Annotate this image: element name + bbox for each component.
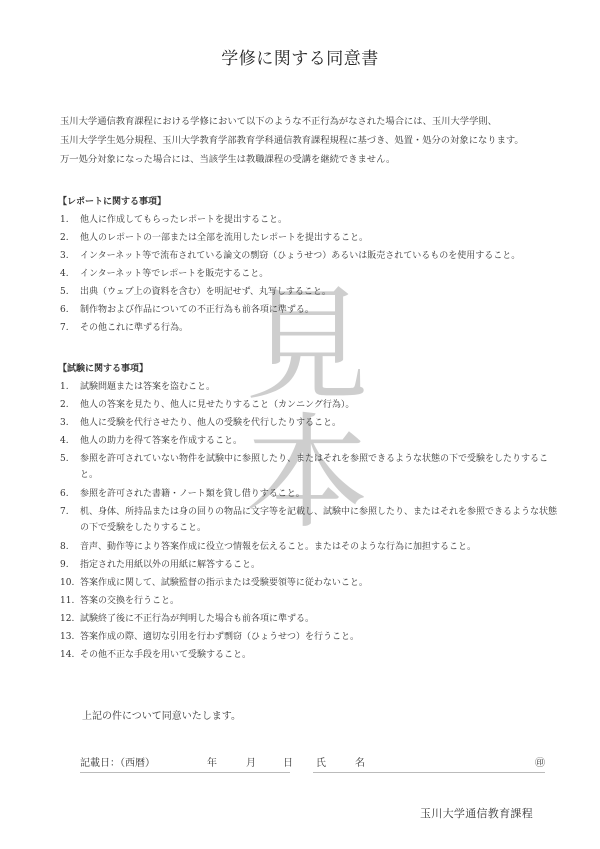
- item-text: 他人に受験を代行させたり、他人の受験を代行したりすること。: [80, 414, 560, 432]
- item-text: インターネット等でレポートを販売すること。: [80, 265, 560, 283]
- intro-line: 玉川大学通信教育課程における学修において以下のような不正行為がなされた場合には、…: [60, 112, 550, 131]
- section-heading: 【レポートに関する事項】: [58, 193, 560, 211]
- item-number: 3.: [60, 414, 80, 432]
- intro-line: 万一処分対象になった場合には、当該学生は教職課程の受講を継続できません。: [60, 150, 550, 169]
- item-number: 11.: [60, 592, 80, 610]
- item-text: 他人に作成してもらったレポートを提出すること。: [80, 211, 560, 229]
- item-text: 参照を許可されていない物件を試験中に参照したり、またはそれを参照できるような状態…: [80, 451, 560, 483]
- item-text: 他人の助力を得て答案を作成すること。: [80, 432, 560, 450]
- list-item: 4.インターネット等でレポートを販売すること。: [60, 265, 560, 283]
- list-item: 10.答案作成に関して、試験監督の指示または受験要領等に従わないこと。: [60, 574, 560, 592]
- item-number: 3.: [60, 247, 80, 265]
- item-number: 8.: [60, 538, 80, 556]
- item-number: 7.: [60, 319, 80, 337]
- exam-rules-section: 【試験に関する事項】 1.試験問題または答案を盗むこと。 2.他人の答案を見たり…: [60, 360, 560, 664]
- intro-line: 玉川大学学生処分規程、玉川大学教育学部教育学科通信教育課程規程に基づき、処置・処…: [60, 131, 550, 150]
- list-item: 3.インターネット等で流布されている論文の剽窃（ひょうせつ）あるいは販売されてい…: [60, 247, 560, 265]
- item-text: 答案作成の際、適切な引用を行わず剽窃（ひょうせつ）を行うこと。: [80, 628, 560, 646]
- date-field[interactable]: 記載日：（西暦） 年 月 日: [80, 752, 290, 773]
- day-label: 日: [283, 754, 293, 769]
- list-item: 1.試験問題または答案を盗むこと。: [60, 378, 560, 396]
- item-number: 14.: [60, 646, 80, 664]
- item-number: 6.: [60, 301, 80, 319]
- item-text: 試験終了後に不正行為が判明した場合も前各項に準ずる。: [80, 610, 560, 628]
- document-title: 学修に関する同意書: [0, 44, 600, 69]
- item-text: 制作物および作品についての不正行為も前各項に準ずる。: [80, 301, 560, 319]
- name-field[interactable]: 氏 名 ㊞: [313, 752, 545, 773]
- item-text: 指定された用紙以外の用紙に解答すること。: [80, 556, 560, 574]
- item-text: 他人の答案を見たり、他人に見せたりすること（カンニング行為）。: [80, 396, 560, 414]
- item-text: 他人のレポートの一部または全部を流用したレポートを提出すること。: [80, 229, 560, 247]
- item-number: 9.: [60, 556, 80, 574]
- item-number: 1.: [60, 378, 80, 396]
- item-text: 試験問題または答案を盗むこと。: [80, 378, 560, 396]
- item-number: 4.: [60, 265, 80, 283]
- item-text: 答案の交換を行うこと。: [80, 592, 560, 610]
- item-number: 1.: [60, 211, 80, 229]
- name-label-first: 氏: [316, 754, 326, 769]
- item-number: 6.: [60, 485, 80, 503]
- item-text: 答案作成に関して、試験監督の指示または受験要領等に従わないこと。: [80, 574, 560, 592]
- item-number: 13.: [60, 628, 80, 646]
- list-item: 1.他人に作成してもらったレポートを提出すること。: [60, 211, 560, 229]
- item-number: 10.: [60, 574, 80, 592]
- name-label-second: 名: [355, 754, 365, 769]
- list-item: 2.他人の答案を見たり、他人に見せたりすること（カンニング行為）。: [60, 396, 560, 414]
- date-label: 記載日：（西暦）: [80, 754, 155, 769]
- signature-row: 記載日：（西暦） 年 月 日 氏 名 ㊞: [80, 752, 545, 776]
- item-number: 2.: [60, 229, 80, 247]
- item-text: その他不正な手段を用いて受験すること。: [80, 646, 560, 664]
- list-item: 14.その他不正な手段を用いて受験すること。: [60, 646, 560, 664]
- item-number: 7.: [60, 504, 80, 536]
- item-number: 5.: [60, 283, 80, 301]
- section-heading: 【試験に関する事項】: [58, 360, 560, 378]
- list-item: 7.その他これに準ずる行為。: [60, 319, 560, 337]
- list-item: 2.他人のレポートの一部または全部を流用したレポートを提出すること。: [60, 229, 560, 247]
- item-text: その他これに準ずる行為。: [80, 319, 560, 337]
- seal-icon: ㊞: [535, 754, 545, 769]
- list-item: 6.参照を許可された書籍・ノート類を貸し借りすること。: [60, 485, 560, 503]
- item-text: 出典（ウェブ上の資料を含む）を明記せず、丸写しすること。: [80, 283, 560, 301]
- list-item: 5.出典（ウェブ上の資料を含む）を明記せず、丸写しすること。: [60, 283, 560, 301]
- item-text: 机、身体、所持品または身の回りの物品に文字等を記載し、試験中に参照したり、または…: [80, 504, 560, 536]
- list-item: 12.試験終了後に不正行為が判明した場合も前各項に準ずる。: [60, 610, 560, 628]
- list-item: 4.他人の助力を得て答案を作成すること。: [60, 432, 560, 450]
- item-number: 12.: [60, 610, 80, 628]
- item-number: 4.: [60, 432, 80, 450]
- item-text: インターネット等で流布されている論文の剽窃（ひょうせつ）あるいは販売されているも…: [80, 247, 560, 265]
- item-text: 音声、動作等により答案作成に役立つ情報を伝えること。またはそのような行為に加担す…: [80, 538, 560, 556]
- list-item: 11.答案の交換を行うこと。: [60, 592, 560, 610]
- institution-footer: 玉川大学通信教育課程: [420, 805, 533, 821]
- list-item: 7.机、身体、所持品または身の回りの物品に文字等を記載し、試験中に参照したり、ま…: [60, 503, 560, 538]
- list-item: 13.答案作成の際、適切な引用を行わず剽窃（ひょうせつ）を行うこと。: [60, 628, 560, 646]
- intro-paragraph: 玉川大学通信教育課程における学修において以下のような不正行為がなされた場合には、…: [60, 112, 550, 169]
- list-item: 5.参照を許可されていない物件を試験中に参照したり、またはそれを参照できるような…: [60, 450, 560, 485]
- item-text: 参照を許可された書籍・ノート類を貸し借りすること。: [80, 485, 560, 503]
- month-label: 月: [246, 754, 256, 769]
- item-number: 5.: [60, 451, 80, 483]
- item-number: 2.: [60, 396, 80, 414]
- year-label: 年: [207, 754, 217, 769]
- report-rules-section: 【レポートに関する事項】 1.他人に作成してもらったレポートを提出すること。 2…: [60, 193, 560, 337]
- agreement-statement: 上記の件について同意いたします。: [82, 707, 241, 722]
- list-item: 6.制作物および作品についての不正行為も前各項に準ずる。: [60, 301, 560, 319]
- list-item: 9.指定された用紙以外の用紙に解答すること。: [60, 556, 560, 574]
- list-item: 8.音声、動作等により答案作成に役立つ情報を伝えること。またはそのような行為に加…: [60, 538, 560, 556]
- list-item: 3.他人に受験を代行させたり、他人の受験を代行したりすること。: [60, 414, 560, 432]
